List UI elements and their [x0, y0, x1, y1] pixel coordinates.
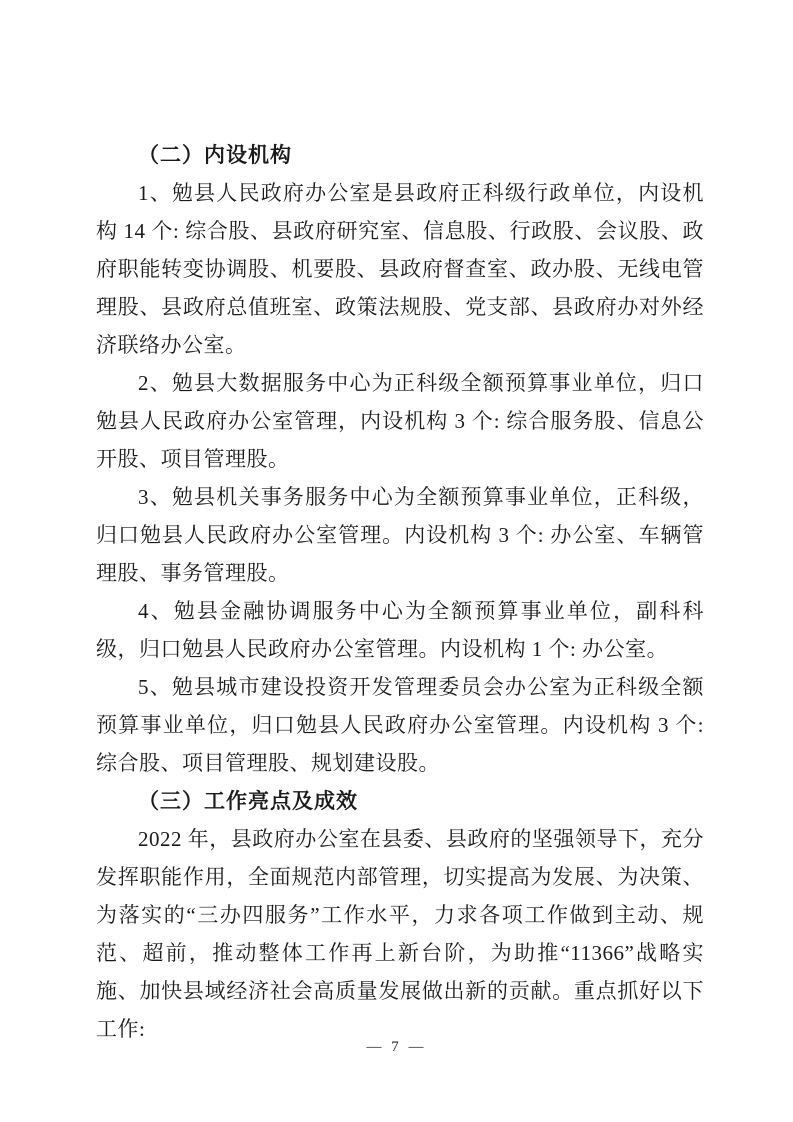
document-body: （二）内设机构 1、勉县人民政府办公室是县政府正科级行政单位，内设机构 14 个…: [96, 136, 704, 1048]
section-heading-work-highlights: （三）工作亮点及成效: [96, 782, 704, 820]
paragraph-item-3: 3、勉县机关事务服务中心为全额预算事业单位，正科级，归口勉县人民政府办公室管理。…: [96, 478, 704, 592]
document-page: （二）内设机构 1、勉县人民政府办公室是县政府正科级行政单位，内设机构 14 个…: [0, 0, 793, 1122]
paragraph-summary-2022: 2022 年，县政府办公室在县委、县政府的坚强领导下，充分发挥职能作用，全面规范…: [96, 820, 704, 1048]
paragraph-item-4: 4、勉县金融协调服务中心为全额预算事业单位，副科科级，归口勉县人民政府办公室管理…: [96, 592, 704, 668]
paragraph-item-2: 2、勉县大数据服务中心为正科级全额预算事业单位，归口勉县人民政府办公室管理，内设…: [96, 364, 704, 478]
section-heading-internal-organs: （二）内设机构: [96, 136, 704, 174]
paragraph-item-5: 5、勉县城市建设投资开发管理委员会办公室为正科级全额预算事业单位，归口勉县人民政…: [96, 668, 704, 782]
page-number: — 7 —: [0, 1036, 793, 1058]
paragraph-item-1: 1、勉县人民政府办公室是县政府正科级行政单位，内设机构 14 个: 综合股、县政…: [96, 174, 704, 364]
